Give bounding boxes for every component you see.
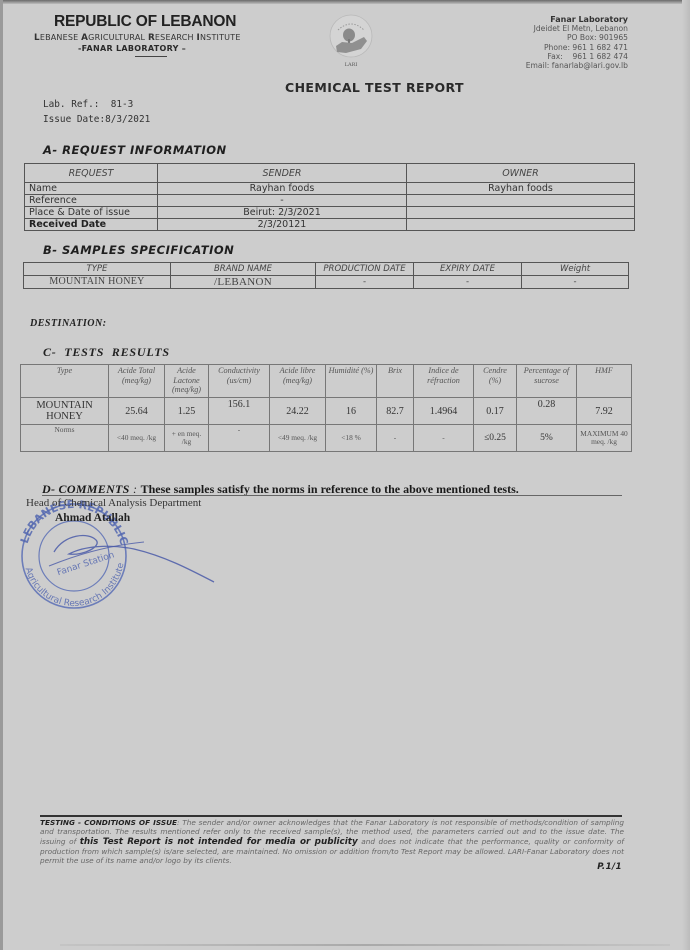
table-row: Place & Date of issue Beirut: 2/3/2021 <box>25 207 635 219</box>
result-cell: 16 <box>326 398 377 425</box>
norm-cell: MAXIMUM 40 meq. /kg <box>577 425 632 452</box>
result-cell: 0.28 <box>517 398 577 425</box>
norm-cell: + en meq. /kg <box>165 425 209 452</box>
brand-cell: /LEBANON <box>171 276 316 289</box>
column-header: REQUEST <box>25 164 158 183</box>
result-cell: 82.7 <box>377 398 414 425</box>
owner-cell <box>407 219 635 231</box>
footer-rule <box>40 815 622 817</box>
table-row-sample: MOUNTAIN HONEY25.641.25156.124.221682.71… <box>21 398 632 425</box>
conditions-of-issue: TESTING - CONDITIONS OF ISSUE: The sende… <box>40 818 624 865</box>
row-label: Reference <box>25 195 158 207</box>
column-header: HMF <box>577 365 632 398</box>
lab-contact-block: Fanar Laboratory Jdeidet El Metn, Lebano… <box>526 15 628 70</box>
sender-cell: Rayhan foods <box>158 183 407 195</box>
row-label: Place & Date of issue <box>25 207 158 219</box>
header-rule <box>135 56 167 57</box>
contact-lab-name: Fanar Laboratory <box>526 15 628 24</box>
table-header-row: TYPE BRAND NAME PRODUCTION DATE EXPIRY D… <box>24 263 629 276</box>
result-cell: 1.4964 <box>414 398 474 425</box>
column-header: BRAND NAME <box>171 263 316 276</box>
report-title: CHEMICAL TEST REPORT <box>285 80 464 95</box>
table-header-row: REQUEST SENDER OWNER <box>25 164 635 183</box>
type-cell: MOUNTAIN HONEY <box>24 276 171 289</box>
norm-cell: 5% <box>517 425 577 452</box>
column-header: Weight <box>522 263 629 276</box>
destination-label: DESTINATION: <box>30 318 107 329</box>
column-header: Type <box>21 365 109 398</box>
norm-cell: <18 % <box>326 425 377 452</box>
norm-cell: <49 meq. /kg <box>270 425 326 452</box>
result-cell: 0.17 <box>474 398 517 425</box>
sender-cell: Beirut: 2/3/2021 <box>158 207 407 219</box>
column-header: Indice de réfraction <box>414 365 474 398</box>
issue-date: Issue Date:8/3/2021 <box>43 112 150 127</box>
table-row: Name Rayhan foods Rayhan foods <box>25 183 635 195</box>
column-header: Acide Total (meq/kg) <box>109 365 165 398</box>
lab-ref: Lab. Ref.: 81-3 <box>43 97 150 112</box>
signer-role: Head of Chemical Analysis Department <box>26 497 201 509</box>
result-cell: 25.64 <box>109 398 165 425</box>
table-row: MOUNTAIN HONEY /LEBANON - - - <box>24 276 629 289</box>
contact-phone: Phone: 961 1 682 471 <box>526 43 628 52</box>
contact-address: Jdeidet El Metn, Lebanon <box>526 24 628 33</box>
norm-cell: - <box>414 425 474 452</box>
row-label: Received Date <box>25 219 158 231</box>
page-number: P.1/1 <box>597 862 622 872</box>
column-header: EXPIRY DATE <box>414 263 522 276</box>
column-header: Brix <box>377 365 414 398</box>
production-date-cell: - <box>316 276 414 289</box>
samples-spec-table: TYPE BRAND NAME PRODUCTION DATE EXPIRY D… <box>23 262 629 289</box>
lari-logo-icon: LARI <box>328 12 374 70</box>
contact-po-box: PO Box: 901965 <box>526 33 628 42</box>
sender-cell: - <box>158 195 407 207</box>
table-header-row: TypeAcide Total (meq/kg)Acide Lactone (m… <box>21 365 632 398</box>
weight-cell: - <box>522 276 629 289</box>
result-cell: MOUNTAIN HONEY <box>21 398 109 425</box>
column-header: PRODUCTION DATE <box>316 263 414 276</box>
expiry-date-cell: - <box>414 276 522 289</box>
table-row: Received Date 2/3/20121 <box>25 219 635 231</box>
request-info-table: REQUEST SENDER OWNER Name Rayhan foods R… <box>24 163 635 231</box>
test-results-table: TypeAcide Total (meq/kg)Acide Lactone (m… <box>20 364 632 452</box>
column-header: SENDER <box>158 164 407 183</box>
column-header: Conductivity (us/cm) <box>209 365 270 398</box>
norm-cell: - <box>209 425 270 452</box>
country-title: REPUBLIC OF LEBANON <box>54 13 236 31</box>
row-label: Name <box>25 183 158 195</box>
institute-name: LEBANESE AGRICULTURAL RESEARCH INSTITUTE <box>34 33 241 43</box>
owner-cell: Rayhan foods <box>407 183 635 195</box>
table-row: Reference - <box>25 195 635 207</box>
conditions-lead: TESTING - CONDITIONS OF ISSUE <box>40 818 177 827</box>
signer-name: Ahmad Atallah <box>55 512 130 524</box>
result-cell: 7.92 <box>577 398 632 425</box>
table-row-norms: Norms<40 meq. /kg+ en meq. /kg-<49 meq. … <box>21 425 632 452</box>
owner-cell <box>407 207 635 219</box>
column-header: Acide Lactone (meq/kg) <box>165 365 209 398</box>
column-header: Humidité (%) <box>326 365 377 398</box>
svg-text:Fanar Station: Fanar Station <box>56 550 116 578</box>
column-header: OWNER <box>407 164 635 183</box>
section-c-title: C- TESTS RESULTS <box>43 345 170 360</box>
contact-email: Email: fanarlab@lari.gov.lb <box>526 61 628 70</box>
contact-fax: Fax: 961 1 682 474 <box>526 52 628 61</box>
scan-top-edge <box>0 0 690 4</box>
owner-cell <box>407 195 635 207</box>
column-header: TYPE <box>24 263 171 276</box>
reference-block: Lab. Ref.: 81-3 Issue Date:8/3/2021 <box>43 97 150 127</box>
norm-cell: Norms <box>21 425 109 452</box>
result-cell: 24.22 <box>270 398 326 425</box>
column-header: Percentage of sucrose <box>517 365 577 398</box>
result-cell: 156.1 <box>209 398 270 425</box>
norm-cell: ≤0.25 <box>474 425 517 452</box>
svg-text:LARI: LARI <box>345 62 358 68</box>
scan-right-edge <box>682 0 690 950</box>
sender-cell: 2/3/20121 <box>158 219 407 231</box>
section-a-title: A- REQUEST INFORMATION <box>43 143 227 157</box>
column-header: Acide libre (meq/kg) <box>270 365 326 398</box>
norm-cell: - <box>377 425 414 452</box>
laboratory-name: -FANAR LABORATORY – <box>78 44 186 53</box>
section-b-title: B- SAMPLES SPECIFICATION <box>43 243 234 257</box>
scan-bottom-edge <box>60 944 670 946</box>
result-cell: 1.25 <box>165 398 209 425</box>
scan-left-edge <box>0 0 3 950</box>
column-header: Cendre (%) <box>474 365 517 398</box>
norm-cell: <40 meq. /kg <box>109 425 165 452</box>
